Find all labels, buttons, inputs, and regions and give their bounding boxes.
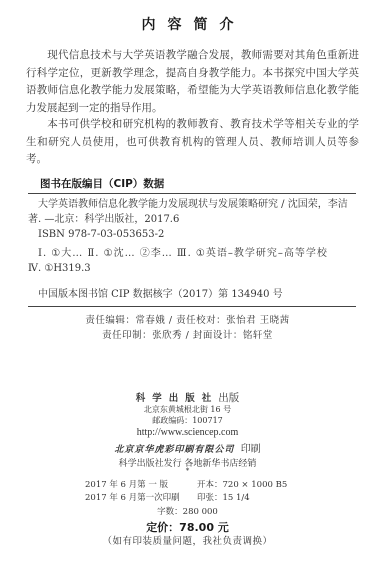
cip-classification-line-2: Ⅳ. ①H319.3 xyxy=(28,261,356,276)
format-text: 开本：720 × 1000 B5 xyxy=(197,480,287,490)
credits-line-2: 责任印制：张欣秀 / 封面设计：铭轩堂 xyxy=(0,328,375,343)
cip-top-rule xyxy=(28,193,356,194)
intro-paragraph-1-text: 现代信息技术与大学英语教学融合发展，教师需要对其角色重新进行科学定位，更新教学理… xyxy=(26,49,359,114)
cip-isbn: ISBN 978-7-03-053653-2 xyxy=(28,227,356,242)
printer-name: 北京京华虎彩印刷有限公司 xyxy=(114,445,234,455)
printing-text: 2017 年 6 月第一次印刷 xyxy=(85,492,197,505)
cip-heading: 图书在版编目（CIP）数据 xyxy=(40,176,164,191)
cip-classification: Ⅰ. ①大… Ⅱ. ①沈… ②李… Ⅲ. ①英语–教学研究–高等学校 Ⅳ. ①H… xyxy=(28,246,356,276)
intro-title: 内容简介 xyxy=(0,14,375,34)
intro-paragraph-2: 本书可供学校和研究机构的教师教育、教育技术学等相关专业的学生和研究人员使用，也可… xyxy=(26,116,359,169)
cip-bottom-rule xyxy=(28,306,356,307)
printer-suffix: 印刷 xyxy=(241,444,261,455)
cip-entry: 大学英语教师信息化教学能力发展现状与发展策略研究 / 沈国荣，李洁 著. —北京… xyxy=(28,197,356,242)
publisher-url: http://www.sciencep.com xyxy=(0,427,375,438)
credits-line-1: 责任编辑：常春娥 / 责任校对：张怡君 王晓茜 xyxy=(0,313,375,328)
cip-number-text: 中国版本图书馆 CIP 数据核字（2017）第 134940 号 xyxy=(28,287,356,302)
publisher-address: 北京东黄城根北街 16 号 邮政编码：100717 xyxy=(0,404,375,426)
cip-classification-line-1: Ⅰ. ①大… Ⅱ. ①沈… ②李… Ⅲ. ①英语–教学研究–高等学校 xyxy=(28,246,356,261)
postcode-text: 邮政编码：100717 xyxy=(0,415,375,426)
printer-line: 北京京华虎彩印刷有限公司 印刷 xyxy=(0,440,375,455)
spec-row-edition: 2017 年 6 月第 一 版开本：720 × 1000 B5 xyxy=(85,479,315,492)
publisher-suffix: 出版 xyxy=(218,392,239,404)
cip-entry-line-1: 大学英语教师信息化教学能力发展现状与发展策略研究 / 沈国荣，李洁 xyxy=(28,197,356,212)
credits: 责任编辑：常春娥 / 责任校对：张怡君 王晓茜 责任印制：张欣秀 / 封面设计：… xyxy=(0,313,375,343)
spec-row-printing: 2017 年 6 月第一次印刷印张：15 1/4 xyxy=(85,492,315,505)
word-count: 字数：280 000 xyxy=(0,505,375,517)
address-text: 北京东黄城根北街 16 号 xyxy=(0,404,375,415)
cip-number: 中国版本图书馆 CIP 数据核字（2017）第 134940 号 xyxy=(28,287,356,302)
separator-star: * xyxy=(0,467,375,475)
intro-paragraph-2-text: 本书可供学校和研究机构的教师教育、教育技术学等相关专业的学生和研究人员使用，也可… xyxy=(26,118,359,165)
intro-paragraph-1: 现代信息技术与大学英语教学融合发展，教师需要对其角色重新进行科学定位，更新教学理… xyxy=(26,47,359,117)
quality-notice: （如有印装质量问题，我社负责调换） xyxy=(0,533,375,547)
cip-entry-line-2: 著. —北京：科学出版社，2017.6 xyxy=(28,212,356,227)
publisher-line: 科学出版社出版 xyxy=(0,390,375,405)
edition-text: 2017 年 6 月第 一 版 xyxy=(85,479,197,492)
sheets-text: 印张：15 1/4 xyxy=(197,493,250,503)
publisher-name: 科学出版社 xyxy=(136,393,219,404)
